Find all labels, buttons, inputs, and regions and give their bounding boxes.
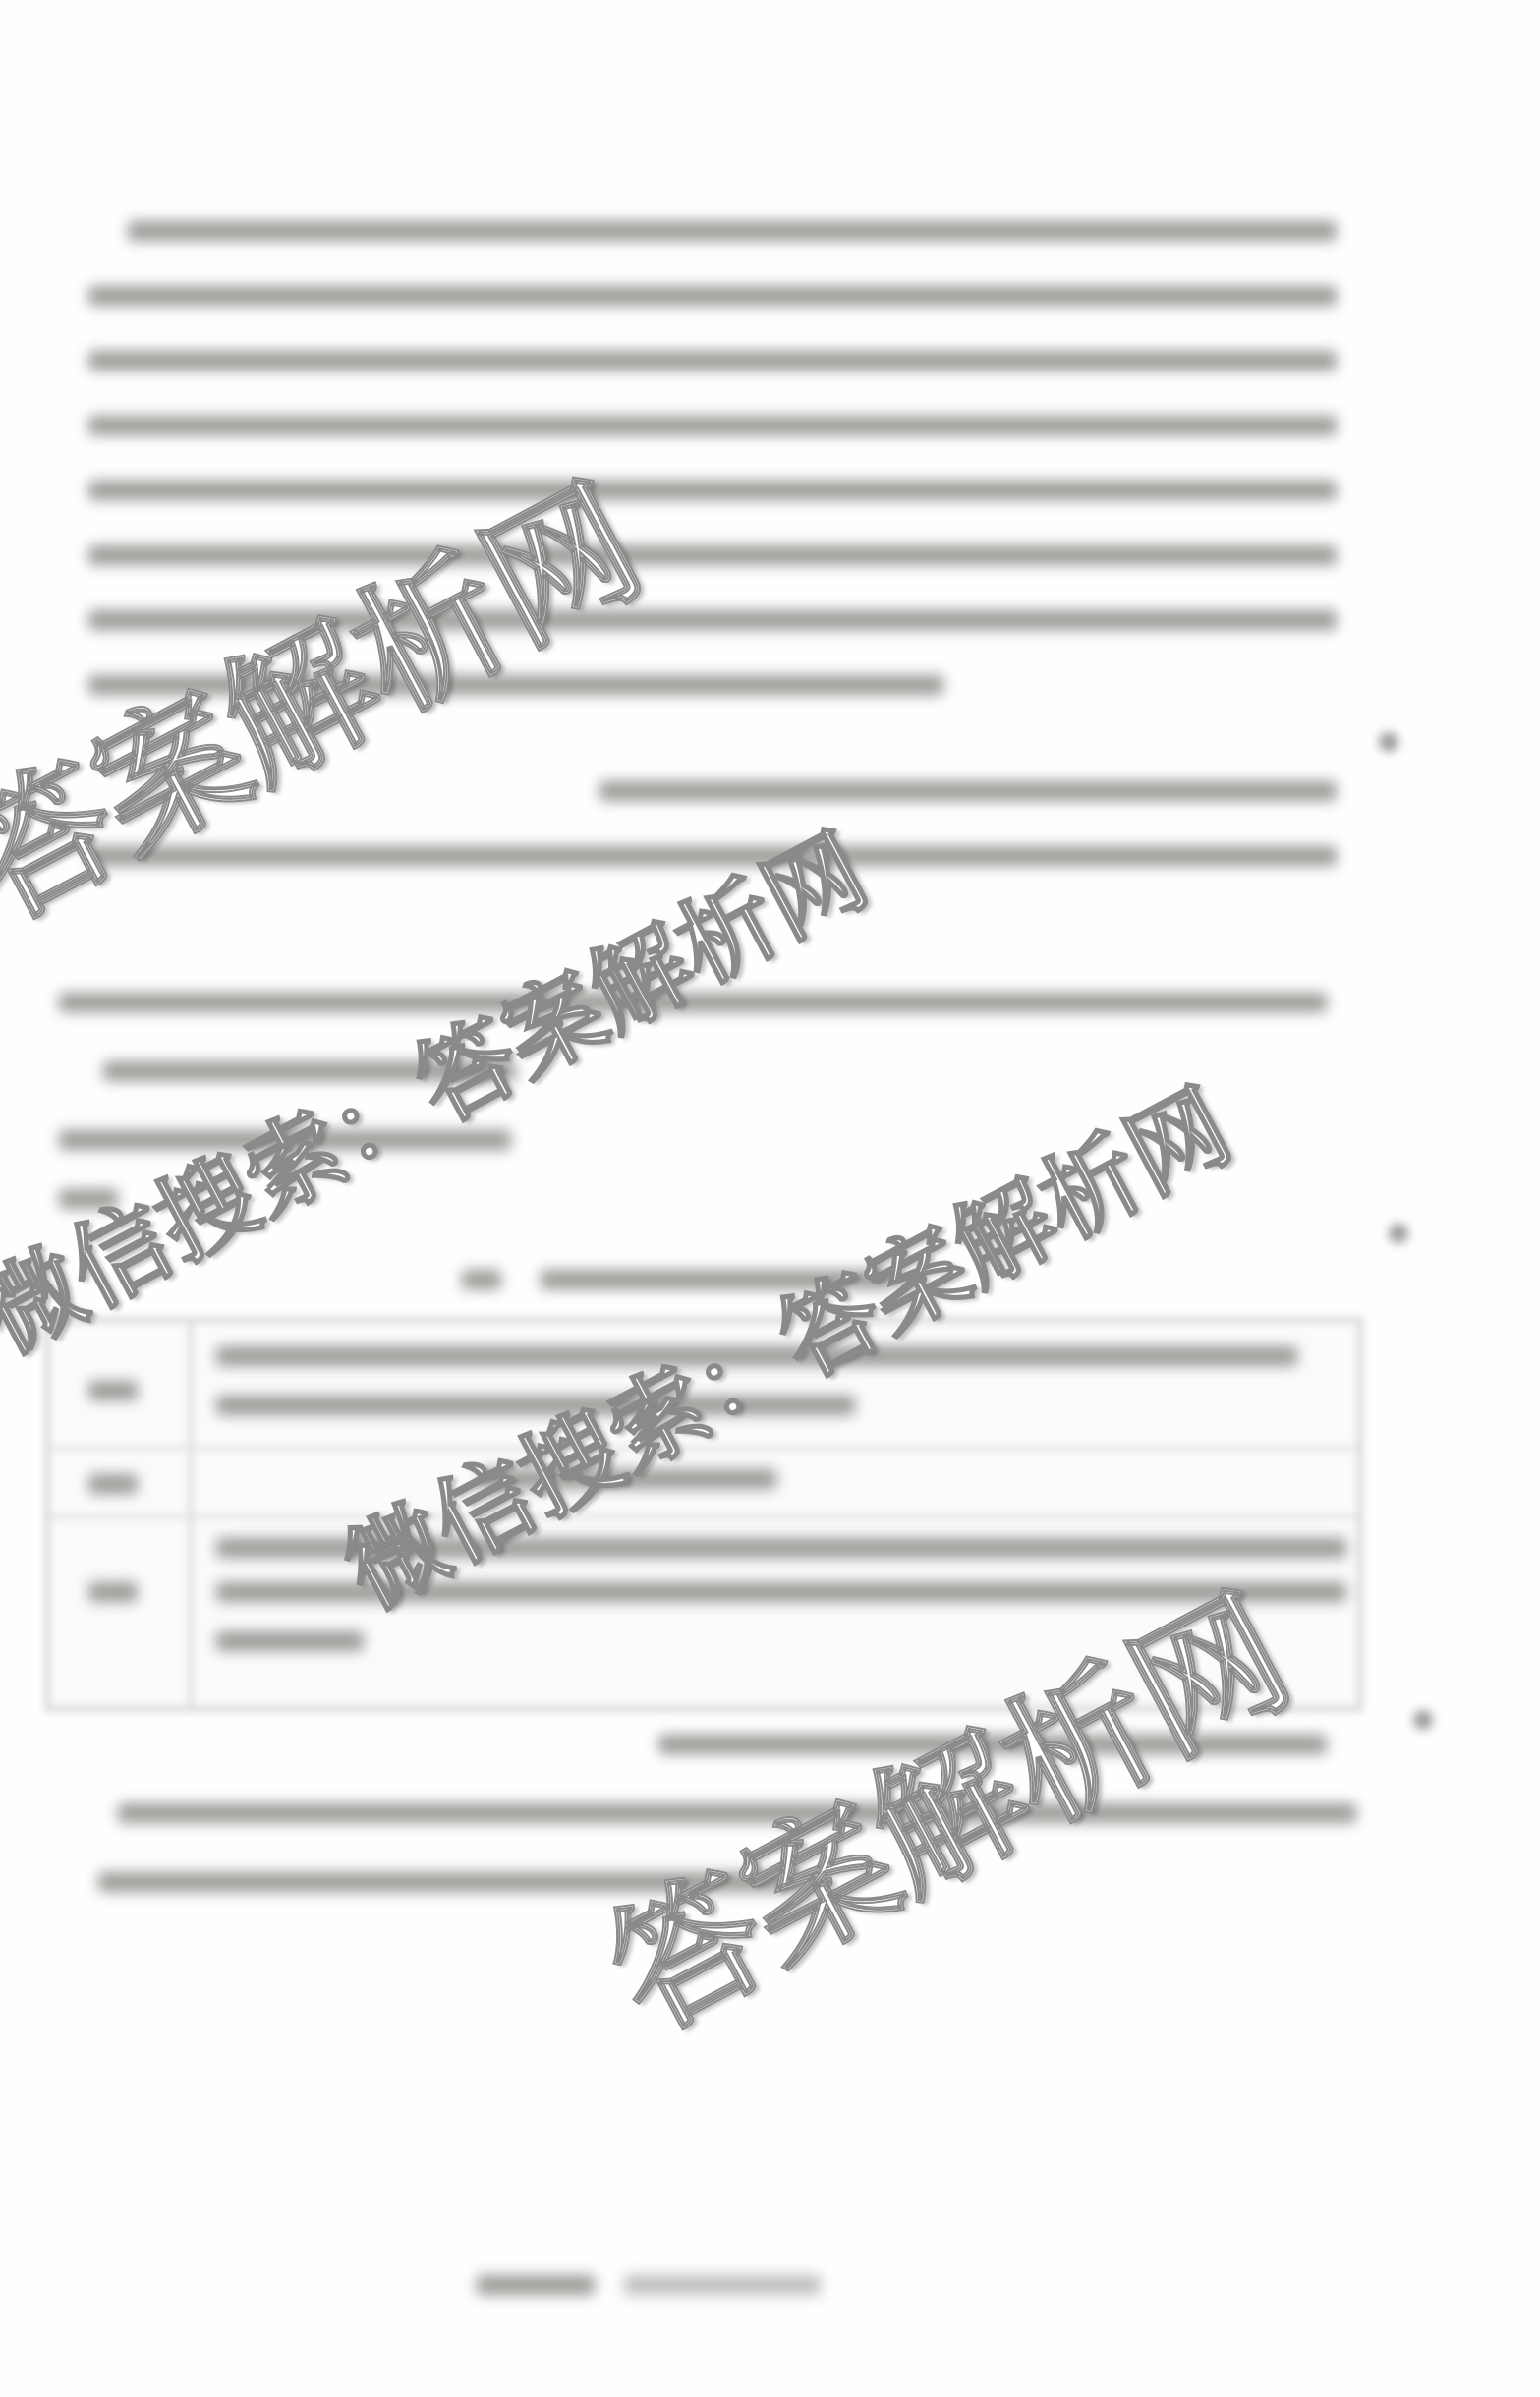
paragraph-3 (59, 993, 1337, 1189)
margin-mark (1379, 732, 1398, 752)
paragraph-2 (88, 781, 1327, 889)
table-cell-text (59, 1346, 1337, 1681)
page-footer (477, 2275, 889, 2305)
paragraph-4 (98, 1735, 1366, 1902)
document-page: 答案解析网 微信搜索：答案解析网 微信搜索：答案解析网 答案解析网 (0, 0, 1540, 2397)
table-title (462, 1270, 953, 1299)
paragraph-1 (88, 221, 1327, 732)
margin-mark (1389, 1224, 1408, 1243)
margin-mark (1413, 1710, 1433, 1730)
